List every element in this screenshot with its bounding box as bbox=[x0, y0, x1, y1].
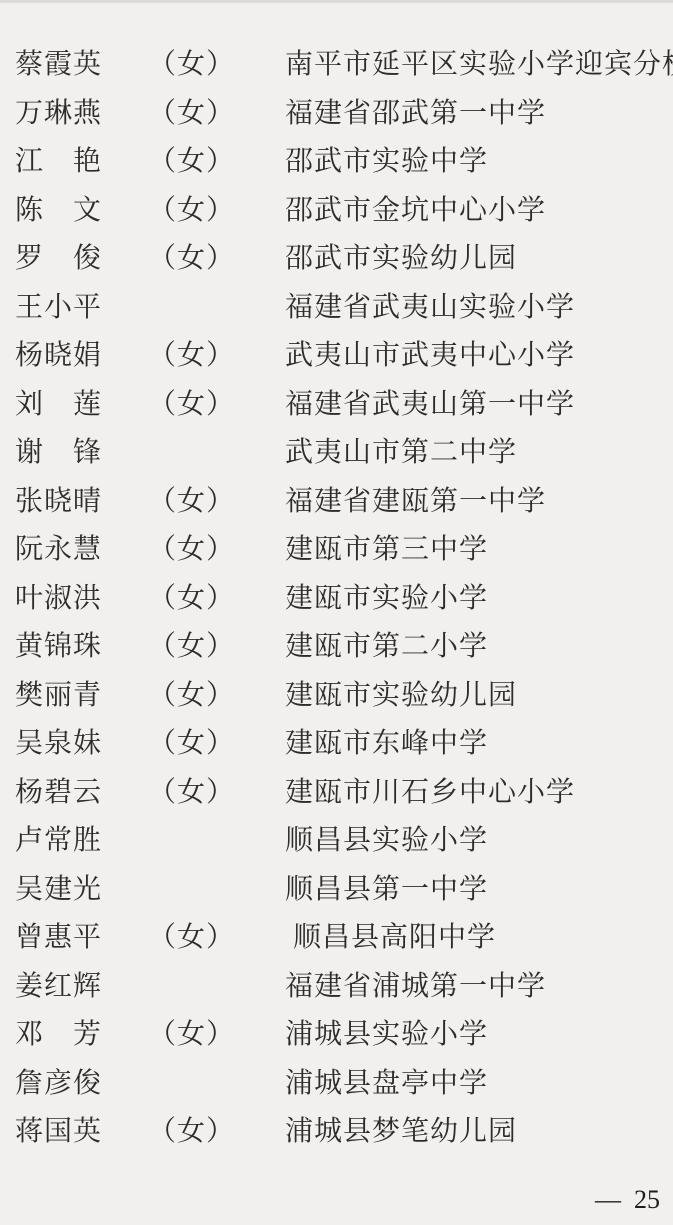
school-name: 邵武市实验中学 bbox=[285, 139, 673, 179]
gender-label: （女） bbox=[148, 91, 285, 131]
person-name: 黄锦珠 bbox=[15, 624, 148, 664]
page-number: — 25 bbox=[595, 1185, 660, 1215]
school-name: 建瓯市川石乡中心小学 bbox=[285, 770, 673, 810]
roster-row: 黄锦珠 （女） 建瓯市第二小学 bbox=[0, 620, 673, 669]
person-name: 蒋国英 bbox=[15, 1109, 148, 1149]
gender-label: （女） bbox=[148, 479, 285, 519]
school-name: 福建省武夷山实验小学 bbox=[285, 285, 673, 325]
gender-label: （女） bbox=[148, 770, 285, 810]
roster-row: 王小平 福建省武夷山实验小学 bbox=[0, 281, 673, 330]
school-name: 浦城县盘亭中学 bbox=[285, 1061, 673, 1101]
gender-label: （女） bbox=[148, 721, 285, 761]
gender-label: （女） bbox=[148, 382, 285, 422]
school-name: 建瓯市第三中学 bbox=[285, 527, 673, 567]
person-name: 陈 文 bbox=[15, 188, 148, 228]
school-name: 浦城县梦笔幼儿园 bbox=[285, 1109, 673, 1149]
page-number-value: 25 bbox=[634, 1185, 660, 1215]
gender-label: （女） bbox=[148, 527, 285, 567]
roster-row: 陈 文 （女） 邵武市金坑中心小学 bbox=[0, 184, 673, 233]
gender-label: （女） bbox=[148, 333, 285, 373]
school-name: 顺昌县实验小学 bbox=[285, 818, 673, 858]
person-name: 杨碧云 bbox=[15, 770, 148, 810]
gender-label: （女） bbox=[148, 139, 285, 179]
school-name: 武夷山市第二中学 bbox=[285, 430, 673, 470]
gender-label: （女） bbox=[148, 42, 285, 82]
roster-row: 卢常胜 顺昌县实验小学 bbox=[0, 814, 673, 863]
roster-list: 蔡霞英 （女） 南平市延平区实验小学迎宾分校 万琳燕 （女） 福建省邵武第一中学… bbox=[0, 38, 673, 1154]
person-name: 邓 芳 bbox=[15, 1012, 148, 1052]
person-name: 卢常胜 bbox=[15, 818, 148, 858]
roster-row: 蒋国英 （女） 浦城县梦笔幼儿园 bbox=[0, 1105, 673, 1154]
gender-label: （女） bbox=[148, 188, 285, 228]
roster-row: 万琳燕 （女） 福建省邵武第一中学 bbox=[0, 87, 673, 136]
document-page: 蔡霞英 （女） 南平市延平区实验小学迎宾分校 万琳燕 （女） 福建省邵武第一中学… bbox=[0, 0, 673, 1225]
person-name: 叶淑洪 bbox=[15, 576, 148, 616]
person-name: 谢 锋 bbox=[15, 430, 148, 470]
person-name: 江 艳 bbox=[15, 139, 148, 179]
roster-row: 刘 莲 （女） 福建省武夷山第一中学 bbox=[0, 378, 673, 427]
school-name: 顺昌县第一中学 bbox=[285, 867, 673, 907]
person-name: 姜红辉 bbox=[15, 964, 148, 1004]
gender-label: （女） bbox=[148, 673, 285, 713]
school-name: 建瓯市东峰中学 bbox=[285, 721, 673, 761]
person-name: 曾惠平 bbox=[15, 915, 148, 955]
roster-row: 邓 芳 （女） 浦城县实验小学 bbox=[0, 1008, 673, 1057]
gender-label: （女） bbox=[148, 236, 285, 276]
person-name: 刘 莲 bbox=[15, 382, 148, 422]
person-name: 阮永慧 bbox=[15, 527, 148, 567]
person-name: 樊丽青 bbox=[15, 673, 148, 713]
roster-row: 张晓晴 （女） 福建省建瓯第一中学 bbox=[0, 475, 673, 524]
school-name: 邵武市实验幼儿园 bbox=[285, 236, 673, 276]
roster-row: 阮永慧 （女） 建瓯市第三中学 bbox=[0, 523, 673, 572]
roster-row: 谢 锋 武夷山市第二中学 bbox=[0, 426, 673, 475]
school-name: 顺昌县高阳中学 bbox=[285, 915, 673, 955]
roster-row: 罗 俊 （女） 邵武市实验幼儿园 bbox=[0, 232, 673, 281]
roster-row: 姜红辉 福建省浦城第一中学 bbox=[0, 960, 673, 1009]
roster-row: 杨碧云 （女） 建瓯市川石乡中心小学 bbox=[0, 766, 673, 815]
school-name: 浦城县实验小学 bbox=[285, 1012, 673, 1052]
school-name: 建瓯市实验小学 bbox=[285, 576, 673, 616]
person-name: 万琳燕 bbox=[15, 91, 148, 131]
roster-row: 曾惠平 （女） 顺昌县高阳中学 bbox=[0, 911, 673, 960]
roster-row: 杨晓娟 （女） 武夷山市武夷中心小学 bbox=[0, 329, 673, 378]
page-number-dash: — bbox=[595, 1185, 621, 1215]
gender-label: （女） bbox=[148, 1012, 285, 1052]
person-name: 杨晓娟 bbox=[15, 333, 148, 373]
school-name: 建瓯市第二小学 bbox=[285, 624, 673, 664]
school-name: 南平市延平区实验小学迎宾分校 bbox=[285, 42, 673, 82]
school-name: 福建省邵武第一中学 bbox=[285, 91, 673, 131]
person-name: 吴泉妹 bbox=[15, 721, 148, 761]
school-name: 武夷山市武夷中心小学 bbox=[285, 333, 673, 373]
roster-row: 吴建光 顺昌县第一中学 bbox=[0, 863, 673, 912]
person-name: 詹彦俊 bbox=[15, 1061, 148, 1101]
roster-row: 蔡霞英 （女） 南平市延平区实验小学迎宾分校 bbox=[0, 38, 673, 87]
school-name: 邵武市金坑中心小学 bbox=[285, 188, 673, 228]
person-name: 王小平 bbox=[15, 285, 148, 325]
person-name: 蔡霞英 bbox=[15, 42, 148, 82]
gender-label: （女） bbox=[148, 624, 285, 664]
school-name: 建瓯市实验幼儿园 bbox=[285, 673, 673, 713]
roster-row: 吴泉妹 （女） 建瓯市东峰中学 bbox=[0, 717, 673, 766]
gender-label: （女） bbox=[148, 1109, 285, 1149]
scan-top-edge bbox=[0, 0, 673, 3]
school-name: 福建省浦城第一中学 bbox=[285, 964, 673, 1004]
roster-row: 樊丽青 （女） 建瓯市实验幼儿园 bbox=[0, 669, 673, 718]
person-name: 张晓晴 bbox=[15, 479, 148, 519]
person-name: 吴建光 bbox=[15, 867, 148, 907]
roster-row: 叶淑洪 （女） 建瓯市实验小学 bbox=[0, 572, 673, 621]
gender-label: （女） bbox=[148, 915, 285, 955]
school-name: 福建省建瓯第一中学 bbox=[285, 479, 673, 519]
gender-label: （女） bbox=[148, 576, 285, 616]
school-name: 福建省武夷山第一中学 bbox=[285, 382, 673, 422]
person-name: 罗 俊 bbox=[15, 236, 148, 276]
roster-row: 詹彦俊 浦城县盘亭中学 bbox=[0, 1057, 673, 1106]
roster-row: 江 艳 （女） 邵武市实验中学 bbox=[0, 135, 673, 184]
